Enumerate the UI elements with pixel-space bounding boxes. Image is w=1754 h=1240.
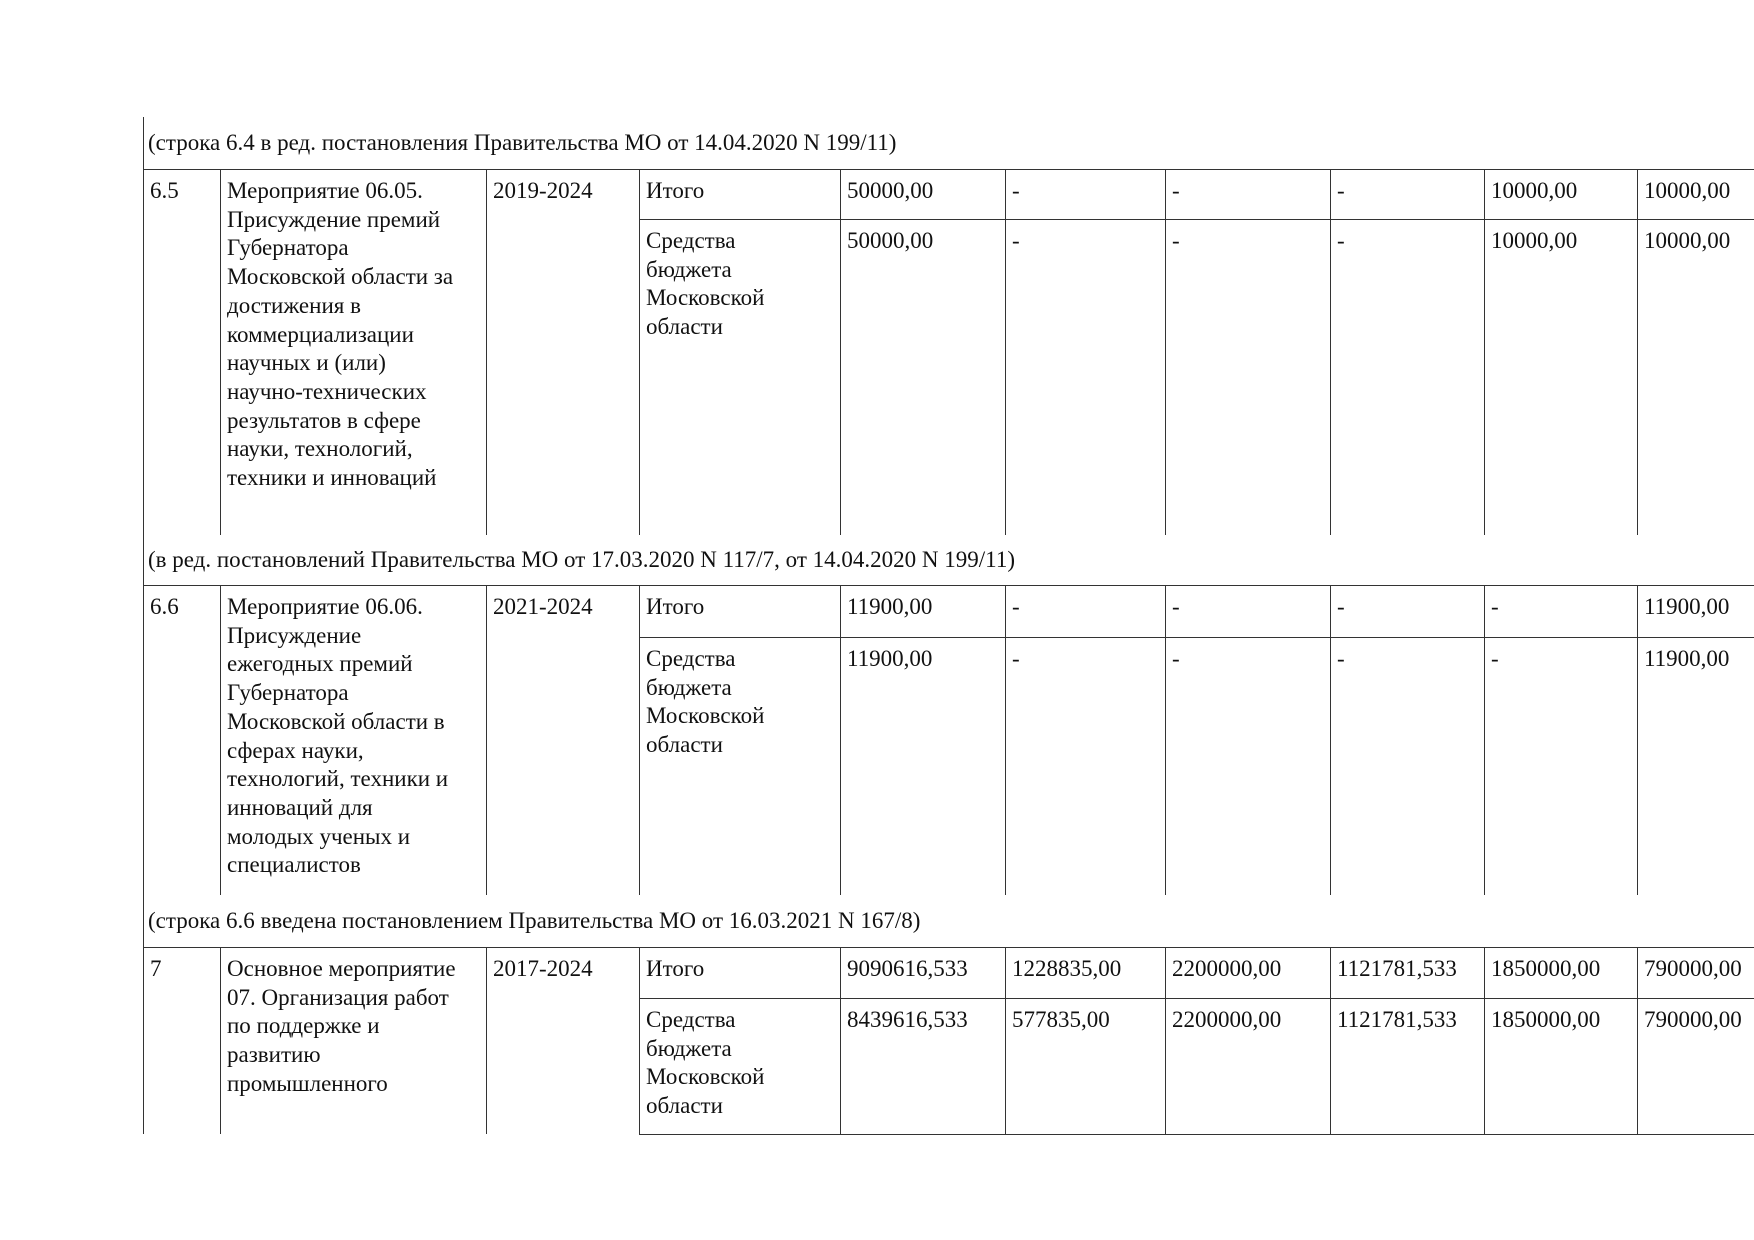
column-border <box>486 169 487 535</box>
funding-split-border <box>639 637 1754 638</box>
funding-value-cell: 9090616,533 <box>847 955 968 984</box>
column-border <box>1330 947 1331 1134</box>
column-border <box>639 947 640 1134</box>
row-top-border <box>143 947 1754 948</box>
funding-value-cell: 10000,00 <box>1644 227 1730 256</box>
column-border <box>220 585 221 895</box>
column-border <box>1637 947 1638 1134</box>
activity-description: Мероприятие 06.05. Присуждение премий Гу… <box>227 177 453 493</box>
column-border <box>220 947 221 1134</box>
funding-value-cell: - <box>1337 645 1345 674</box>
funding-value-cell: 1850000,00 <box>1491 955 1600 984</box>
funding-value-cell: 11900,00 <box>1644 593 1729 622</box>
funding-value-cell: - <box>1172 645 1180 674</box>
column-border <box>1484 947 1485 1134</box>
funding-value-cell: - <box>1337 227 1345 256</box>
funding-total-label: Итого <box>646 177 704 206</box>
column-border <box>1330 169 1331 535</box>
column-border <box>486 585 487 895</box>
funding-value-cell: 790000,00 <box>1644 955 1742 984</box>
funding-value-cell: - <box>1172 227 1180 256</box>
column-border <box>1484 169 1485 535</box>
column-border <box>1005 947 1006 1134</box>
activity-description: Мероприятие 06.06. Присуждение ежегодных… <box>227 593 448 880</box>
funding-total-label: Итого <box>646 955 704 984</box>
funding-total-label: Итого <box>646 593 704 622</box>
funding-value-cell: 1228835,00 <box>1012 955 1121 984</box>
table-left-border <box>143 117 144 1134</box>
funding-split-border <box>639 998 1754 999</box>
amendment-note-6-4: (строка 6.4 в ред. постановления Правите… <box>148 129 896 157</box>
funding-value-cell: 11900,00 <box>1644 645 1729 674</box>
row-number: 6.5 <box>150 177 179 206</box>
funding-value-cell: - <box>1337 177 1345 206</box>
funding-value-cell: 1850000,00 <box>1491 1006 1600 1035</box>
column-border <box>1330 585 1331 895</box>
row-number: 7 <box>150 955 162 984</box>
funding-value-cell: - <box>1491 645 1499 674</box>
row-top-border <box>143 585 1754 586</box>
funding-value-cell: 50000,00 <box>847 227 933 256</box>
column-border <box>639 585 640 895</box>
document-page: (строка 6.4 в ред. постановления Правите… <box>0 0 1754 1240</box>
column-border <box>1165 585 1166 895</box>
funding-value-cell: - <box>1012 227 1020 256</box>
funding-value-cell: 10000,00 <box>1491 177 1577 206</box>
funding-value-cell: - <box>1012 177 1020 206</box>
column-border <box>220 169 221 535</box>
column-border <box>1005 585 1006 895</box>
activity-description: Основное мероприятие 07. Организация раб… <box>227 955 456 1099</box>
funding-value-cell: 11900,00 <box>847 593 932 622</box>
funding-value-cell: 50000,00 <box>847 177 933 206</box>
column-border <box>840 169 841 535</box>
amendment-note-6-6: (строка 6.6 введена постановлением Прави… <box>148 907 920 935</box>
row-top-border <box>143 169 1754 170</box>
funding-value-cell: 8439616,533 <box>847 1006 968 1035</box>
funding-value-cell: - <box>1337 593 1345 622</box>
implementation-period: 2017-2024 <box>493 955 593 984</box>
amendment-note-6-5: (в ред. постановлений Правительства МО о… <box>148 546 1015 574</box>
row-bottom-border <box>639 1134 1754 1135</box>
funding-value-cell: 1121781,533 <box>1337 955 1457 984</box>
column-border <box>1165 169 1166 535</box>
funding-value-cell: 10000,00 <box>1644 177 1730 206</box>
funding-value-cell: 10000,00 <box>1491 227 1577 256</box>
column-border <box>1484 585 1485 895</box>
column-border <box>639 169 640 535</box>
funding-value-cell: - <box>1172 177 1180 206</box>
funding-value-cell: 11900,00 <box>847 645 932 674</box>
funding-value-cell: - <box>1012 593 1020 622</box>
implementation-period: 2019-2024 <box>493 177 593 206</box>
implementation-period: 2021-2024 <box>493 593 593 622</box>
funding-value-cell: 2200000,00 <box>1172 955 1281 984</box>
column-border <box>840 585 841 895</box>
row-number: 6.6 <box>150 593 179 622</box>
funding-value-cell: 1121781,533 <box>1337 1006 1457 1035</box>
funding-value-cell: - <box>1491 593 1499 622</box>
funding-split-border <box>639 219 1754 220</box>
column-border <box>1165 947 1166 1134</box>
funding-source-label: Средства бюджета Московской области <box>646 1006 764 1121</box>
funding-value-cell: 790000,00 <box>1644 1006 1742 1035</box>
column-border <box>1637 169 1638 535</box>
funding-source-label: Средства бюджета Московской области <box>646 645 764 760</box>
column-border <box>840 947 841 1134</box>
column-border <box>1637 585 1638 895</box>
funding-value-cell: 2200000,00 <box>1172 1006 1281 1035</box>
column-border <box>1005 169 1006 535</box>
column-border <box>486 947 487 1134</box>
funding-value-cell: 577835,00 <box>1012 1006 1110 1035</box>
funding-value-cell: - <box>1012 645 1020 674</box>
funding-value-cell: - <box>1172 593 1180 622</box>
funding-source-label: Средства бюджета Московской области <box>646 227 764 342</box>
